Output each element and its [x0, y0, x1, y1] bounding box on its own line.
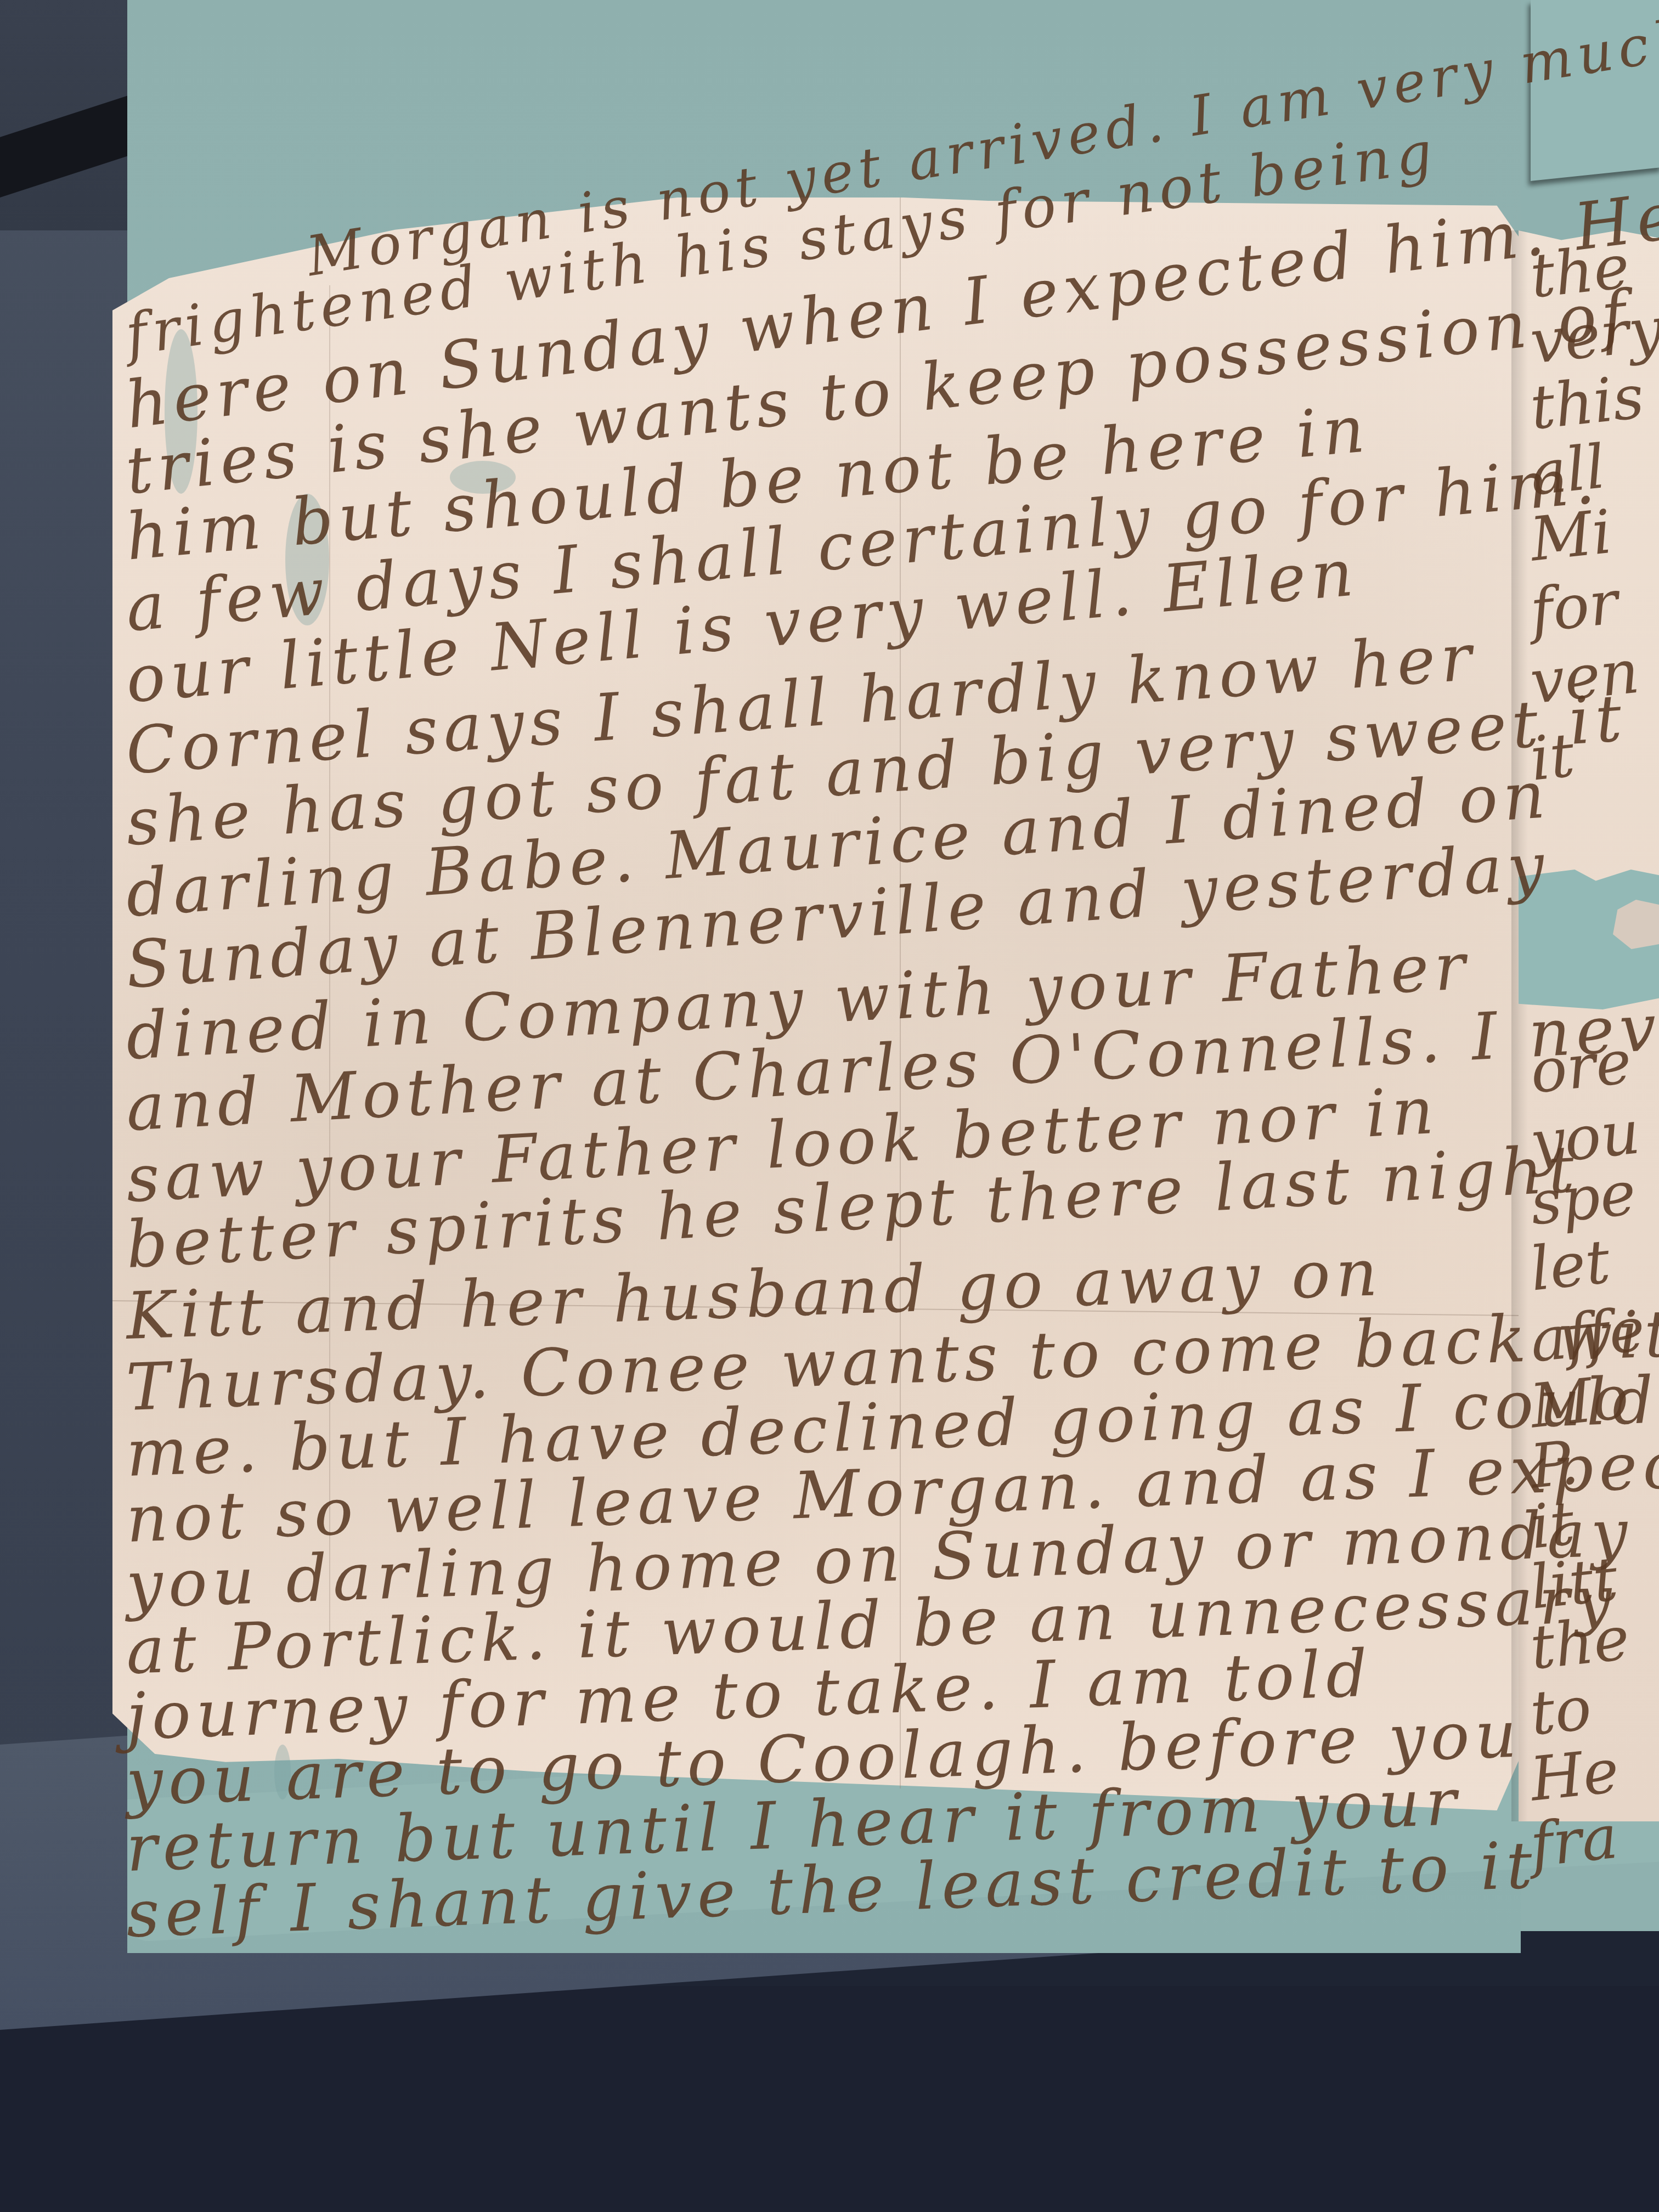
letter-line-right: ore	[1527, 1026, 1634, 1107]
letter-line-right: ven	[1527, 636, 1642, 718]
desk-surface	[0, 1986, 1659, 2212]
letter-line-right: affe	[1527, 1294, 1648, 1376]
letter-line-right: Mi	[1527, 496, 1615, 575]
letter-line-right: Mo	[1527, 1362, 1632, 1442]
letter-line-right: let	[1527, 1226, 1613, 1304]
letter-line-right: it	[1527, 720, 1577, 794]
letter-line-right: spe	[1527, 1158, 1639, 1238]
letter-line-right: the	[1527, 1603, 1633, 1683]
letter-line-right: this	[1527, 362, 1647, 443]
letter-line-right: to	[1527, 1673, 1594, 1749]
letter-line-right: for	[1527, 567, 1621, 646]
letter-line-right: fra	[1527, 1802, 1621, 1881]
